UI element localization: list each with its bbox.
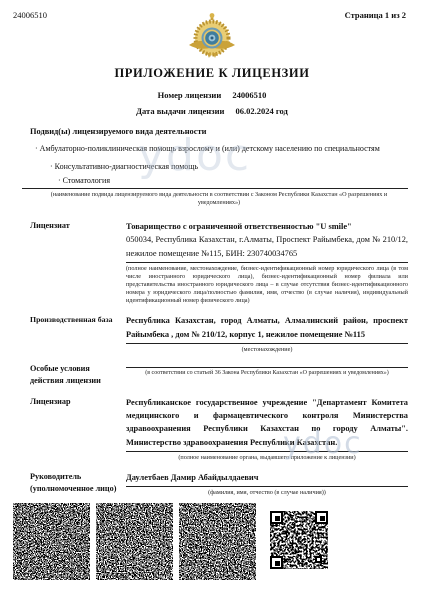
- subtypes-heading: Подвид(ы) лицензируемого вида деятельнос…: [30, 127, 408, 136]
- subtype-item: · Амбулаторно-поликлиническая помощь взр…: [35, 144, 408, 153]
- license-number-line: Номер лицензии 24006510: [0, 90, 424, 100]
- field-licensor: Лицензиар Республиканское государственно…: [30, 396, 408, 462]
- subtype-item: · Стоматология: [58, 176, 408, 185]
- qr-finder-pattern: [270, 511, 283, 524]
- licensee-name: Товарищество с ограниченной ответственно…: [126, 220, 408, 233]
- head-label: Руководитель (уполномоченное лицо): [30, 471, 126, 497]
- head-caption: (фамилия, имя, отчество (в случае наличи…: [126, 489, 408, 497]
- subtypes-caption: (наименование подвида лицензируемого вид…: [30, 191, 408, 207]
- divider-line: [126, 486, 408, 487]
- license-date-value: 06.02.2024 год: [236, 106, 288, 116]
- page-title: ПРИЛОЖЕНИЕ К ЛИЦЕНЗИИ: [0, 66, 424, 81]
- document-body: Подвид(ы) лицензируемого вида деятельнос…: [30, 127, 408, 497]
- special-conditions-caption: (в соответствии со статьей 36 Закона Рес…: [126, 370, 408, 378]
- licensee-caption: (полное наименование, местонахождение, б…: [126, 265, 408, 305]
- qr-code: [268, 509, 330, 571]
- licensee-label: Лицензиат: [30, 220, 126, 305]
- qr-finder-pattern: [270, 556, 283, 569]
- licensee-address: 050034, Республика Казахстан, г.Алматы, …: [126, 233, 408, 260]
- special-conditions-label: Особые условия действия лицензии: [30, 363, 126, 387]
- divider-line: [126, 451, 408, 452]
- head-value: Даулетбаев Дамир Абайдылдаевич: [126, 471, 408, 484]
- kazakhstan-emblem-icon: [187, 11, 237, 59]
- license-date-label: Дата выдачи лицензии: [136, 106, 224, 116]
- datamatrix-code-1: [13, 503, 90, 580]
- field-head: Руководитель (уполномоченное лицо) Дауле…: [30, 471, 408, 497]
- licensor-value: Республиканское государственное учрежден…: [126, 396, 408, 449]
- license-number-label: Номер лицензии: [158, 90, 222, 100]
- subtype-item: · Консультативно-диагностическая помощь: [50, 162, 408, 171]
- field-licensee: Лицензиат Товарищество с ограниченной от…: [30, 220, 408, 305]
- production-base-label: Производственная база: [30, 314, 126, 354]
- page-indicator: Страница 1 из 2: [345, 10, 406, 20]
- production-base-caption: (местонахождение): [126, 346, 408, 354]
- qr-finder-pattern: [315, 511, 328, 524]
- datamatrix-code-3: [179, 503, 256, 580]
- divider-line: [126, 343, 408, 344]
- divider-line: [126, 262, 408, 263]
- license-appendix-page: 24006510 Страница 1 из 2 ПРИЛОЖЕНИЕ К ЛИ…: [0, 0, 424, 600]
- divider-line: [22, 188, 408, 189]
- production-base-value: Республика Казахстан, город Алматы, Алма…: [126, 314, 408, 341]
- licensor-label: Лицензиар: [30, 396, 126, 462]
- field-production-base: Производственная база Республика Казахст…: [30, 314, 408, 354]
- licensor-caption: (полное наименование органа, выдавшего п…: [126, 454, 408, 462]
- page-header: 24006510 Страница 1 из 2: [0, 0, 424, 60]
- datamatrix-code-2: [96, 503, 173, 580]
- divider-line: [126, 367, 408, 368]
- license-number-value: 24006510: [232, 90, 266, 100]
- license-date-line: Дата выдачи лицензии 06.02.2024 год: [0, 106, 424, 116]
- field-special-conditions: Особые условия действия лицензии (в соот…: [30, 363, 408, 387]
- qr-alignment-pattern: [315, 556, 322, 563]
- barcode-row: [0, 503, 424, 583]
- document-number: 24006510: [13, 10, 47, 20]
